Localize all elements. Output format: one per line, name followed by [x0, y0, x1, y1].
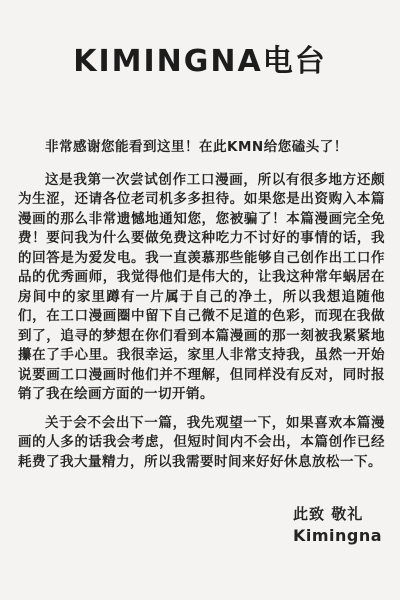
signoff-block: 此致 敬礼 Kimingna — [293, 503, 382, 545]
body-paragraph: 这是我第一次尝试创作工口漫画，所以有很多地方还颇为生涩，还请各位老司机多多担待。… — [18, 171, 385, 405]
letter-page: KIMINGNA电台 非常感谢您能看到这里！在此KMN给您磕头了！ 这是我第一次… — [0, 0, 400, 600]
signoff-salute: 此致 敬礼 — [293, 503, 382, 524]
intro-paragraph: 非常感谢您能看到这里！在此KMN给您磕头了！ — [18, 138, 385, 158]
outro-paragraph: 关于会不会出下一篇，我先观望一下，如果喜欢本篇漫画的人多的话我会考虑，但短时间内… — [18, 414, 385, 473]
letter-body: 非常感谢您能看到这里！在此KMN给您磕头了！ 这是我第一次尝试创作工口漫画，所以… — [0, 138, 400, 472]
signoff-signature: Kimingna — [293, 526, 382, 545]
page-title: KIMINGNA电台 — [0, 0, 400, 80]
